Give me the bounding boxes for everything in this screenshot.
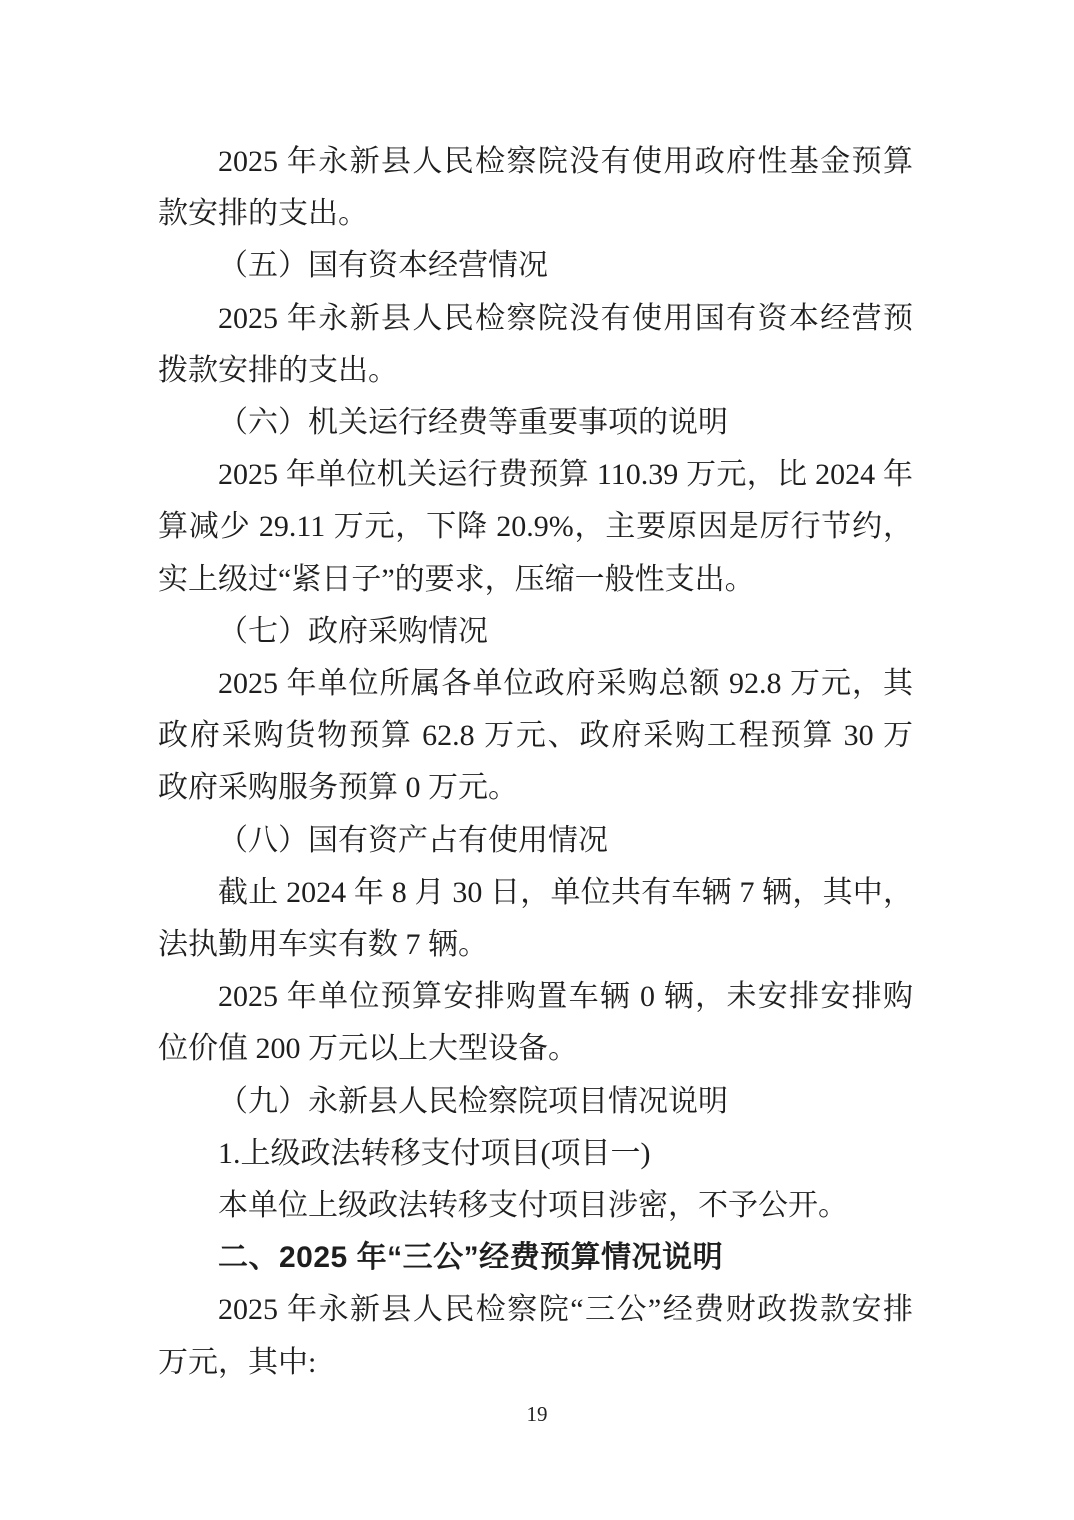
body-text-line: 法执勤用车实有数 7 辆。 [158,919,913,971]
section-heading-line: （九）永新县人民检察院项目情况说明 [158,1076,913,1128]
section-heading: （八）国有资产占有使用情况 [158,815,913,867]
paragraph: 2025 年单位预算安排购置车辆 0 辆，未安排安排购置单 位价值 200 万元… [158,971,913,1075]
body-text-line: 2025 年单位机关运行费预算 110.39 万元，比 2024 年预 [158,449,913,501]
body-text-line: 位价值 200 万元以上大型设备。 [158,1023,913,1075]
body-text-line: 算减少 29.11 万元，下降 20.9%，主要原因是厉行节约，落 [158,501,913,553]
paragraph: 2025 年永新县人民检察院“三公”经费财政拨款安排 17.5 万元，其中: [158,1284,913,1388]
list-item-heading: 1.上级政法转移支付项目(项目一) [158,1128,913,1180]
section-heading: （六）机关运行经费等重要事项的说明 [158,397,913,449]
document-body: 2025 年永新县人民检察院没有使用政府性基金预算拨 款安排的支出。 （五）国有… [158,136,913,1389]
body-text-line: 政府采购服务预算 0 万元。 [158,762,913,814]
body-text-line: 款安排的支出。 [158,188,913,240]
document-page: 2025 年永新县人民检察院没有使用政府性基金预算拨 款安排的支出。 （五）国有… [0,0,1074,1520]
paragraph: 2025 年单位机关运行费预算 110.39 万元，比 2024 年预 算减少 … [158,449,913,606]
body-text-line: 2025 年单位预算安排购置车辆 0 辆，未安排安排购置单 [158,971,913,1023]
body-text-line: 1.上级政法转移支付项目(项目一) [158,1128,913,1180]
body-text-line: 实上级过“紧日子”的要求，压缩一般性支出。 [158,554,913,606]
body-text-line: 本单位上级政法转移支付项目涉密，不予公开。 [158,1180,913,1232]
body-text-line: 政府采购货物预算 62.8 万元、政府采购工程预算 30 万元、 [158,710,913,762]
body-text-line: 2025 年单位所属各单位政府采购总额 92.8 万元，其中: [158,658,913,710]
section-heading-line: （六）机关运行经费等重要事项的说明 [158,397,913,449]
paragraph: 本单位上级政法转移支付项目涉密，不予公开。 [158,1180,913,1232]
body-text-line: 万元，其中: [158,1337,913,1389]
body-text-line: 截止 2024 年 8 月 30 日，单位共有车辆 7 辆，其中，执 [158,867,913,919]
section-heading-line: （七）政府采购情况 [158,606,913,658]
body-text-line: 2025 年永新县人民检察院没有使用政府性基金预算拨 [158,136,913,188]
body-text-line: 拨款安排的支出。 [158,345,913,397]
section-heading: （七）政府采购情况 [158,606,913,658]
section-heading-line: （八）国有资产占有使用情况 [158,815,913,867]
section-heading-line: （五）国有资本经营情况 [158,240,913,292]
major-section-heading: 二、2025 年“三公”经费预算情况说明 [158,1232,913,1284]
paragraph: 2025 年单位所属各单位政府采购总额 92.8 万元，其中: 政府采购货物预算… [158,658,913,815]
paragraph: 2025 年永新县人民检察院没有使用国有资本经营预算 拨款安排的支出。 [158,293,913,397]
paragraph: 截止 2024 年 8 月 30 日，单位共有车辆 7 辆，其中，执 法执勤用车… [158,867,913,971]
paragraph: 2025 年永新县人民检察院没有使用政府性基金预算拨 款安排的支出。 [158,136,913,240]
section-heading: （五）国有资本经营情况 [158,240,913,292]
body-text-line: 2025 年永新县人民检察院没有使用国有资本经营预算 [158,293,913,345]
body-text-line: 2025 年永新县人民检察院“三公”经费财政拨款安排 17.5 [158,1284,913,1336]
major-section-heading-line: 二、2025 年“三公”经费预算情况说明 [158,1232,913,1284]
page-number: 19 [0,1401,1074,1427]
section-heading: （九）永新县人民检察院项目情况说明 [158,1076,913,1128]
